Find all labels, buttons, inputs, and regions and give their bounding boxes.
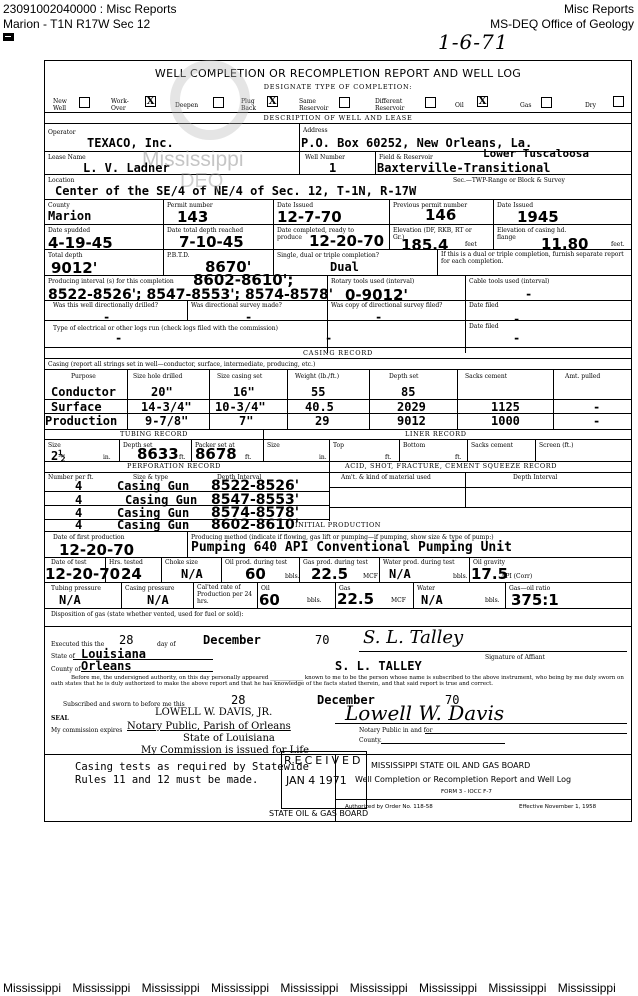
form-title: WELL COMPLETION OR RECOMPLETION REPORT A… [45,67,631,80]
casing-cell: 29 [315,414,329,428]
tubing-depth-value: 8633 [137,446,179,462]
dir-copy-label: Was copy of directional survey filed? [331,302,451,309]
producing-interval-line1: 8602-8610'; [193,272,293,288]
disposition-label: Disposition of gas (state whether vented… [51,611,243,618]
date-spudded-label: Date spudded [48,227,90,234]
notary-public-label: Notary Public in and for [359,727,432,734]
pbtd-label: P.B.T.D. [167,252,190,259]
oil-rate-unit: bbls. [307,597,322,604]
oil-label: Oil [455,102,464,109]
cable-tools-value: - [525,287,532,301]
well-completion-form: WELL COMPLETION OR RECOMPLETION REPORT A… [44,60,632,822]
oil-gravity-unit: API (Corr) [501,573,532,580]
dual-note: If this is a dual or triple completion, … [441,251,629,265]
new-well-checkbox[interactable] [79,97,90,108]
handwritten-date: 1-6-71 [438,30,508,54]
well-number-value: 1 [329,161,336,175]
board-title: MISSISSIPPI STATE OIL AND GAS BOARD [371,761,530,770]
gas-rate-value: 22.5 [337,591,374,607]
first-production-label: Date of first production [53,534,124,541]
lease-label: Lease Name [48,154,86,161]
casing-cell: - [593,414,600,428]
dir-survey-label: Was directional survey made? [191,302,282,309]
gas-oil-ratio-value: 375:1 [511,592,559,608]
date-filed-label: Date filed [469,302,499,309]
casing-cell: Production [45,414,117,428]
acid-header-depth: Depth Interval [513,474,557,481]
menu-icon[interactable] [3,33,14,41]
oil-test-unit: bbls. [285,573,300,580]
total-depth-reached-value: 7-10-45 [179,234,244,250]
executed-year: 70 [315,633,329,647]
deepen-label: Deepen [175,102,198,109]
affiant-name: S. L. TALLEY [335,659,422,673]
dir-drilled-label: Was this well directionally drilled? [53,302,158,309]
casing-cell: 40.5 [305,400,334,414]
gas-rate-unit: MCF [391,597,406,604]
report-type: Misc Reports [490,2,634,17]
location-label: Location [48,177,74,184]
hours-tested-value: 24 [121,566,142,582]
dir-copy-value: - [375,310,382,324]
casing-cell: 9-7/8" [145,414,188,428]
office-name: MS-DEQ Office of Geology [490,17,634,32]
work-over-label: Work-Over [111,98,135,112]
water-test-unit: bbls. [453,573,468,580]
casing-cell: 14-3/4" [141,400,192,414]
subscribed-day: 28 [231,693,245,707]
notary-name: LOWELL W. DAVIS, JR. [155,707,272,718]
dry-checkbox[interactable] [613,96,624,107]
page-header-right: Misc Reports MS-DEQ Office of Geology [490,2,634,32]
liner-bottom-label: Bottom [403,442,425,449]
day-of-label: day of [157,641,176,648]
different-reservoir-checkbox[interactable] [425,97,436,108]
document-id: 23091002040000 : Misc Reports [3,2,176,17]
tubing-depth-unit: ft. [179,454,186,461]
single-dual-value: Dual [330,260,359,274]
new-well-label: New Well [53,98,75,112]
casing-cell: Surface [51,400,102,414]
logs-date-value: - [513,331,520,345]
date-issued-value: 12-7-70 [277,209,342,225]
executed-day: 28 [119,633,133,647]
liner-top-label: Top [333,442,344,449]
pressure-header: Casing pressure [125,585,174,592]
same-reservoir-checkbox[interactable] [339,97,350,108]
stamp-board: STATE OIL & GAS BOARD [269,809,368,818]
acid-header-material: Am't. & kind of material used [341,474,431,481]
date-filed-value: - [513,312,520,326]
casing-cell: 85 [401,385,415,399]
executed-month: December [203,633,261,647]
casing-header-depth: Depth set [389,373,418,380]
well-number-label: Well Number [305,154,345,161]
liner-size-unit: in. [319,454,327,461]
deepen-checkbox[interactable] [213,97,224,108]
water-rate-unit: bbls. [485,597,500,604]
stamp-date: JAN 4 1971 [286,774,347,787]
pressure-header: Tubing pressure [51,585,101,592]
tubing-size-unit: in. [103,454,111,461]
pressure-header: Water [417,585,435,592]
casing-pressure-value: N/A [147,593,169,607]
dir-drilled-value: - [103,310,110,324]
notary-signature: Lowell W. Davis [345,701,504,725]
casing-note: Casing (report all strings set in well—c… [48,361,315,368]
field-name-value: Baxterville-Transitional [377,161,550,175]
section-perforation: PERFORATION RECORD [127,463,221,470]
board-form: FORM 3 - IOCC F-7 [441,789,492,795]
casing-tests-note: Casing tests as required by Statewide Ru… [75,761,315,787]
section-tubing: TUBING RECORD [120,431,188,438]
casing-header-purpose: Purpose [71,373,96,380]
lease-value: L. V. Ladner [83,161,170,175]
gas-test-unit: MCF [363,573,378,580]
test-date-value: 12-20-70 [45,566,120,582]
casing-cell: 16" [233,385,255,399]
casing-cell: 20" [151,385,173,399]
operator-value: TEXACO, Inc. [87,136,174,150]
field-reservoir-value: Lower Tuscaloosa [483,147,589,161]
plug-back-label: Plug Back [241,98,263,112]
first-production-value: 12-20-70 [59,542,134,558]
single-dual-label: Single, dual or triple completion? [277,252,379,259]
logs-label: Type of electrical or other logs run (ch… [53,325,278,332]
liner-size-label: Size [267,442,280,449]
total-depth-value: 9012' [51,260,97,276]
commission-label: My commission expires [51,727,122,734]
section-initial-production: INITIAL PRODUCTION [295,522,381,529]
producing-interval-label: Producing interval (s) for this completi… [48,278,174,285]
casing-elevation-unit: feet. [611,241,625,248]
prev-permit-value: 146 [425,207,456,223]
perf-cell: 4 [75,518,82,532]
casing-header-hole: Size hole drilled [133,373,182,380]
water-test-value: N/A [389,567,411,581]
casing-cell: 1000 [491,414,520,428]
tubing-pressure-value: N/A [59,593,81,607]
casing-cell: 10-3/4" [215,400,266,414]
county-value: Marion [48,209,91,223]
page-header-left: 23091002040000 : Misc Reports Marion - T… [3,2,176,32]
location-sublabel: Sec.—TWP-Range or Block & Survey [453,177,565,184]
address-label: Address [303,127,328,134]
casing-header-pulled: Amt. pulled [565,373,600,380]
operator-label: Operator [48,129,76,136]
permit-value: 143 [177,209,208,225]
liner-screen-label: Screen (ft.) [539,442,573,449]
state-label: State of [51,653,75,660]
section-casing: CASING RECORD [45,349,631,357]
tubing-size-label: Size [48,442,61,449]
elevation-unit: feet [465,241,477,248]
casing-cell: 7" [239,414,253,428]
producing-method-value: Pumping 640 API Conventional Pumping Uni… [191,541,512,555]
cable-tools-label: Cable tools used (interval) [469,278,549,285]
authorized-order: Authorized by Order No. 118-58 [345,804,433,810]
casing-cell: 2029 [397,400,426,414]
gas-label: Gas [520,102,531,109]
county-of-label: County of [51,666,80,673]
total-depth-label: Total depth [48,252,82,259]
seal-label: SEAL [51,715,69,722]
different-reservoir-label: Different Reservoir [375,98,409,112]
casing-cell: 55 [311,385,325,399]
logs-value: - [115,331,122,345]
section-well-lease: DESCRIPTION OF WELL AND LEASE [45,114,631,122]
notary-state: State of Louisiana [183,733,275,744]
plug-back-checkbox[interactable]: X [267,96,278,107]
pressure-header: Cal'ted rate of Production per 24 hrs. [197,584,255,605]
effective-date: Effective November 1, 1958 [519,804,596,810]
affiant-signature: S. L. Talley [363,627,463,648]
county-label: County [48,202,70,209]
location-value: Center of the SE/4 of NE/4 of Sec. 12, T… [55,184,416,198]
packer-unit: ft. [245,454,252,461]
perf-cell: Casing Gun [117,518,189,532]
affiant-signature-label: Signature of Affiant [485,654,545,661]
test-header: Water prod. during test [383,559,455,566]
designate-label: DESIGNATE TYPE OF COMPLETION: [45,83,631,91]
water-rate-value: N/A [421,593,443,607]
stamp-received: RECEIVED [284,754,363,767]
liner-sacks-label: Sacks cement [471,442,513,449]
liner-bottom-unit: ft. [455,454,462,461]
well-location: Marion - T1N R17W Sec 12 [3,17,176,32]
section-liner: LINER RECORD [405,431,467,438]
oil-rate-value: 60 [259,592,280,608]
oath-text: Before me, the undersigned authority, on… [51,675,627,687]
same-reservoir-label: Same Reservoir [299,98,331,112]
notary-county-label: County. [359,737,382,744]
liner-top-unit: ft. [385,454,392,461]
casing-cell: Conductor [51,385,116,399]
oil-test-value: 60 [245,566,266,582]
section-acid: ACID, SHOT, FRACTURE, CEMENT SQUEEZE REC… [345,463,557,470]
work-over-checkbox[interactable]: X [145,96,156,107]
casing-cell: - [593,400,600,414]
dry-label: Dry [585,102,596,109]
test-header: Choke size [165,559,198,566]
footer-watermark: Mississippi Mississippi Mississippi Miss… [3,981,616,995]
perf-header-number: Number per ft. [48,474,94,481]
dir-survey-value: - [245,310,252,324]
logs-mid-value: - [325,331,332,345]
casing-header-sacks: Sacks cement [465,373,507,380]
oil-checkbox[interactable]: X [477,96,488,107]
prev-date-value: 1945 [517,209,559,225]
casing-cell: 1125 [491,400,520,414]
board-subtitle: Well Completion or Recompletion Report a… [355,775,571,784]
packer-value: 8678 [195,446,237,462]
gas-checkbox[interactable] [541,97,552,108]
gas-test-value: 22.5 [311,566,348,582]
field-label: Field & Reservoir [379,154,433,161]
casing-header-weight: Weight (lb./ft.) [295,373,339,380]
choke-size-value: N/A [181,567,203,581]
logs-date-label: Date filed [469,323,499,330]
casing-cell: 9012 [397,414,426,428]
casing-header-casing: Size casing set [217,373,262,380]
notary-title: Notary Public, Parish of Orleans [127,721,291,732]
rotary-tools-label: Rotary tools used (interval) [331,278,414,285]
date-completed-value: 12-20-70 [309,233,384,249]
